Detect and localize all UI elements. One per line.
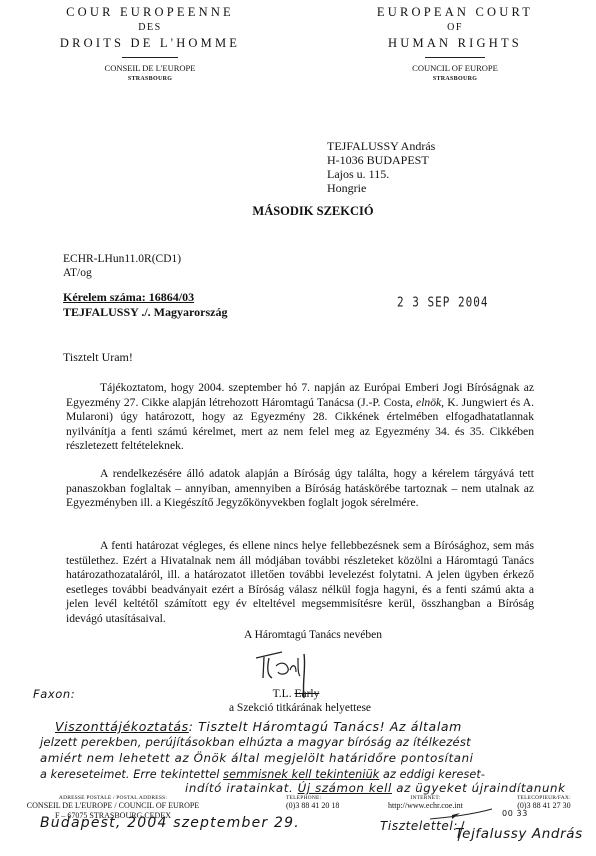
recipient-address: TEJFALUSSY András H-1036 BUDAPEST Lajos …: [327, 139, 435, 195]
signatory-initials: T.L.: [273, 688, 292, 700]
handwritten-line-5-underlined: Új számon kell: [298, 781, 392, 795]
recipient-country: Hongrie: [327, 181, 435, 195]
handwritten-line-5-text-b: az ügyeket újraindítanunk: [392, 781, 566, 795]
court-name-fr-line1: COUR EUROPEENNE: [40, 4, 260, 21]
recipient-name: TEJFALUSSY András: [327, 139, 435, 153]
handwritten-line-3: amiért nem lehetett az Önök által megjel…: [40, 750, 474, 767]
city-en: STRASBOURG: [360, 74, 550, 84]
footer-phone: TELEPHONE: (0)3 88 41 20 18: [286, 795, 339, 811]
court-name-fr-line2: DES: [40, 21, 260, 35]
handwritten-arrow-icon: [430, 805, 530, 845]
reference-code: ECHR-LHun11.0R(CD1): [63, 252, 181, 266]
paragraph-3: A fenti határozat végleges, és ellene ni…: [66, 539, 534, 627]
letterhead-left: COUR EUROPEENNE DES DROITS DE L'HOMME CO…: [40, 4, 260, 84]
court-name-en-line2: OF: [360, 21, 550, 35]
signatory-surname: Early: [294, 688, 319, 700]
handwritten-line-1-text: : Tisztelt Háromtagú Tanács! Az általam: [189, 719, 462, 734]
case-block: Kérelem száma: 16864/03 TEJFALUSSY ./. M…: [63, 290, 227, 320]
letterhead-divider: [122, 57, 178, 58]
handwritten-place-date: Budapest, 2004 szeptember 29.: [40, 815, 300, 832]
signatory-name: T.L. Early: [196, 688, 396, 700]
postal-line-1: CONSEIL DE L'EUROPE / COUNCIL OF EUROPE: [24, 801, 202, 811]
court-name-en-line3: HUMAN RIGHTS: [360, 35, 550, 52]
paragraph-2: A rendelkezésére álló adatok alapján a B…: [66, 467, 534, 511]
signatory-title: a Szekció titkárának helyettese: [150, 702, 450, 714]
letterhead-divider: [425, 57, 485, 58]
city-fr: STRASBOURG: [40, 74, 260, 84]
recipient-street: Lajos u. 115.: [327, 167, 435, 181]
court-name-en-line1: EUROPEAN COURT: [360, 4, 550, 21]
paragraph-1: Tájékoztatom, hogy 2004. szeptember hó 7…: [66, 381, 534, 454]
phone-number: (0)3 88 41 20 18: [286, 801, 339, 811]
handwritten-fax-note: Faxon:: [33, 686, 75, 703]
handwritten-heading: Viszonttájékoztatás: [55, 719, 189, 734]
closing-line: A Háromtagú Tanács nevében: [150, 629, 476, 641]
salutation: Tisztelt Uram!: [63, 350, 133, 365]
handwritten-line-5: indító iratainkat. Új számon kell az ügy…: [185, 780, 566, 797]
handwritten-line-5-text-a: indító iratainkat.: [185, 781, 298, 795]
council-name-fr: CONSEIL DE L'EUROPE: [40, 62, 260, 74]
section-title: MÁSODIK SZEKCIÓ: [0, 204, 596, 219]
paragraph-1-italic: elnök: [416, 396, 441, 409]
date-stamp: 2 3 SEP 2004: [397, 295, 488, 311]
case-parties: TEJFALUSSY ./. Magyarország: [63, 305, 227, 320]
application-number: Kérelem száma: 16864/03: [63, 290, 227, 305]
reference-block: ECHR-LHun11.0R(CD1) AT/og: [63, 252, 181, 280]
recipient-city: H-1036 BUDAPEST: [327, 153, 435, 167]
handwritten-line-1: Viszonttájékoztatás: Tisztelt Háromtagú …: [55, 718, 462, 735]
handwritten-line-2: jelzett perekben, perújításokban elhúzta…: [40, 734, 471, 751]
council-name-en: COUNCIL OF EUROPE: [360, 62, 550, 74]
reference-initials: AT/og: [63, 266, 181, 280]
court-name-fr-line3: DROITS DE L'HOMME: [40, 35, 260, 52]
letterhead-right: EUROPEAN COURT OF HUMAN RIGHTS COUNCIL O…: [360, 4, 550, 84]
